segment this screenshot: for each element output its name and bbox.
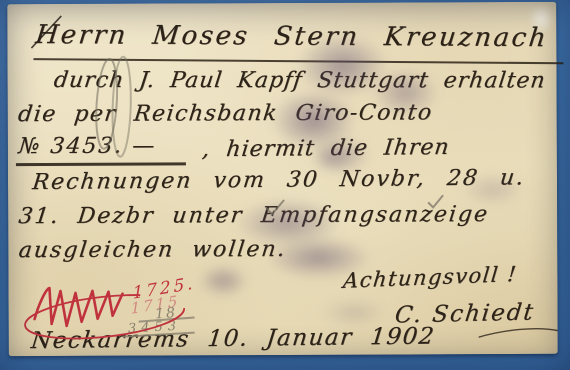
signature-flourish-stroke [479, 329, 558, 338]
closing-formula: Achtungsvoll ! [342, 262, 519, 293]
handwriting-line-4: , hiermit die Ihren [201, 135, 451, 162]
handwriting-line-7: ausgleichen wollen. [17, 237, 288, 263]
ink-smudge [188, 258, 258, 303]
handwriting-line-3: die per Reichsbank Giro-Conto [17, 100, 434, 127]
handwriting-line-2: durch J. Paul Kapff Stuttgart erhalten [52, 68, 547, 93]
account-number-underline-stroke [16, 162, 186, 165]
handwriting-line-5: Rechnungen vom 30 Novbr, 28 u. [31, 165, 526, 195]
addressee-line: Herrn Moses Stern Kreuznach [34, 20, 550, 53]
photo-of-postcard: Herrn Moses Stern Kreuznach durch J. Pau… [0, 0, 570, 370]
red-scribble-mark [34, 288, 122, 326]
place-and-date-line: Neckarrems 10. Januar 1902 [30, 324, 437, 355]
handwriting-line-6: 31. Dezbr unter Empfangsanzeige [17, 202, 490, 229]
account-number-line: № 3453. — [17, 134, 157, 160]
addressee-underline-stroke [33, 58, 563, 64]
postcard-paper: Herrn Moses Stern Kreuznach durch J. Pau… [7, 2, 558, 356]
